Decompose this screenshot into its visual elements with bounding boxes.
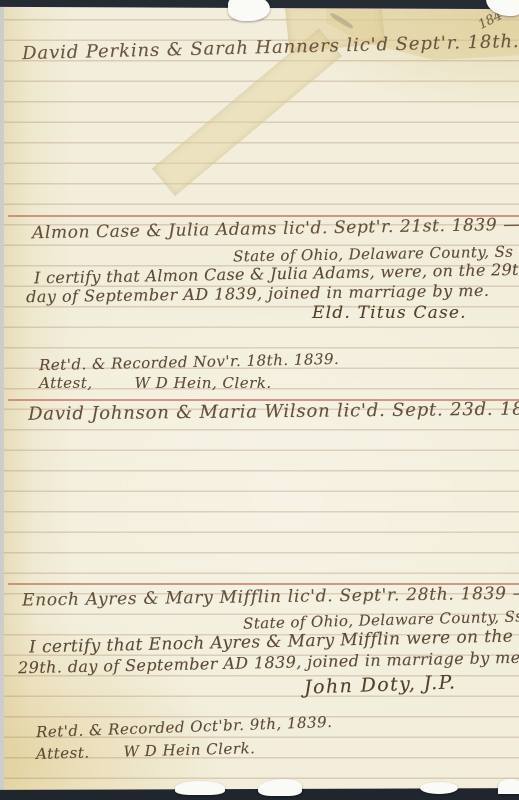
attest-label: Attest. <box>36 745 90 761</box>
torn-paper-fragment <box>258 779 302 796</box>
attest-line: Attest, W D Hein, Clerk. <box>39 376 272 391</box>
officiant-signature: Eld. Titus Case. <box>312 305 467 322</box>
ledger-page: 184 David Perkins & Sarah Hanners lic'd … <box>4 0 519 800</box>
officiant-signature: John Doty, J.P. <box>304 673 457 697</box>
clerk-signature: W D Hein, Clerk. <box>135 376 272 391</box>
scanned-document: { "page_number": "184", "entries": [ { "… <box>0 0 519 800</box>
recorded-line: Ret'd. & Recorded Oct'br. 9th, 1839. <box>36 715 333 740</box>
torn-paper-fragment <box>420 782 458 794</box>
recorded-line: Ret'd. & Recorded Nov'r. 18th. 1839. <box>39 352 340 373</box>
torn-paper-fragment <box>175 781 225 795</box>
certificate-line: day of September AD 1839, joined in marr… <box>26 283 490 305</box>
tape-fold-mark <box>329 12 354 30</box>
torn-paper-fragment <box>498 779 519 794</box>
clerk-signature: W D Hein Clerk. <box>123 741 255 759</box>
attest-label: Attest, <box>39 376 93 391</box>
entry-heading-johnson-wilson: David Johnson & Maria Wilson lic'd. Sept… <box>28 400 519 423</box>
entry-heading-case-adams: Almon Case & Julia Adams lic'd. Sept'r. … <box>32 217 519 243</box>
attest-line: Attest. W D Hein Clerk. <box>36 741 256 762</box>
entry-heading-ayres-mifflin: Enoch Ayres & Mary Mifflin lic'd. Sept'r… <box>22 585 519 609</box>
